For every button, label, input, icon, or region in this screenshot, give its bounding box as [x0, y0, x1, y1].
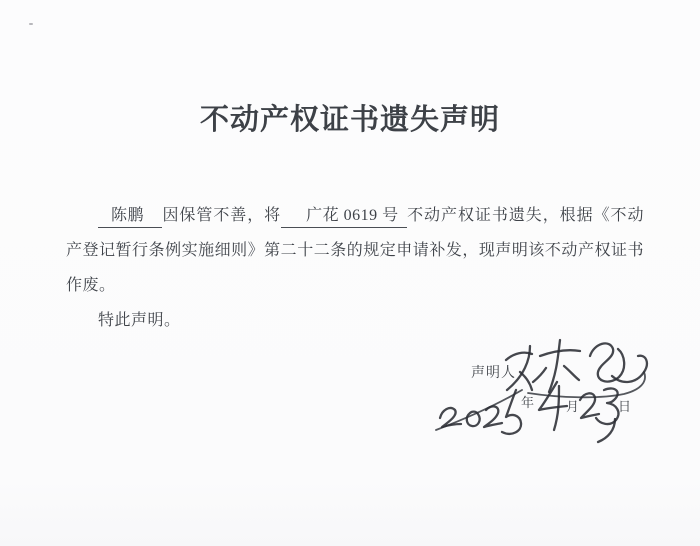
handwritten-year [432, 386, 524, 434]
certificate-number-blank-field: 广花 0619 号 [281, 205, 407, 228]
document-title: 不动产权证书遗失声明 [0, 97, 700, 138]
document-body: 陈鹏因保管不善，将广花 0619 号不动产权证书遗失，根据《不动产登记暂行条例实… [66, 198, 644, 338]
day-label: 日 [618, 396, 631, 415]
scan-artifact-speck [29, 23, 33, 25]
name-blank-field: 陈鹏 [98, 205, 162, 228]
scanned-document-page: 不动产权证书遗失声明 陈鹏因保管不善，将广花 0619 号不动产权证书遗失，根据… [0, 0, 700, 546]
text-after-name: 因保管不善，将 [162, 207, 281, 224]
main-paragraph: 陈鹏因保管不善，将广花 0619 号不动产权证书遗失，根据《不动产登记暂行条例实… [66, 198, 644, 303]
year-label: 年 [521, 392, 534, 411]
